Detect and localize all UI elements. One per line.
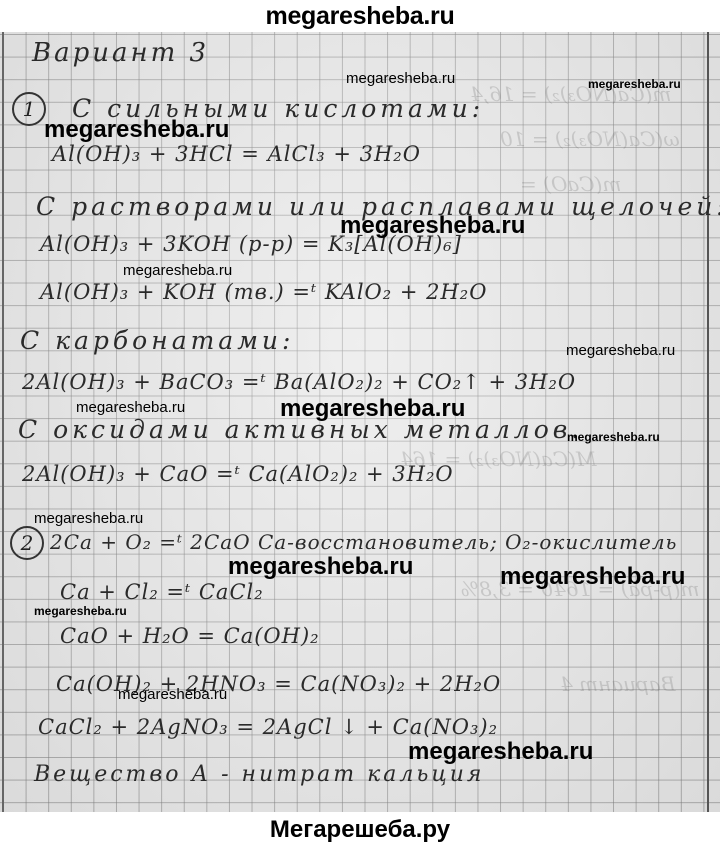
task-number-2: 2: [10, 526, 44, 560]
watermark: megaresheba.ru: [588, 77, 681, 91]
watermark: megaresheba.ru: [346, 70, 455, 87]
equation: CaCl₂ + 2AgNO₃ = 2AgCl ↓ + Ca(NO₃)₂: [38, 715, 498, 739]
equation: Al(OH)₃ + 3HCl = AlCl₃ + 3H₂O: [52, 142, 421, 166]
site-brand-footer: Мегарешеба.ру: [0, 812, 720, 845]
watermark: megaresheba.ru: [228, 553, 413, 581]
watermark: megaresheba.ru: [34, 604, 127, 618]
watermark: megaresheba.ru: [76, 399, 185, 416]
section-heading: С карбонатами:: [20, 326, 294, 355]
watermark: megaresheba.ru: [118, 686, 227, 703]
equation: CaO + H₂O = Ca(OH)₂: [60, 624, 320, 648]
equation: 2Al(OH)₃ + CaO =ᵗ Ca(AlO₂)₂ + 3H₂O: [22, 462, 454, 486]
equation: Ca + Cl₂ =ᵗ CaCl₂: [60, 580, 264, 604]
watermark: megaresheba.ru: [123, 262, 232, 279]
bleed-through-text: ω(Ca(NO₃)₂) = 10: [500, 127, 680, 151]
watermark: megaresheba.ru: [280, 395, 465, 423]
watermark: megaresheba.ru: [44, 116, 229, 144]
notebook-page: m(Ca(NO₃)₂) = 16,4 ω(Ca(NO₃)₂) = 10 m(Ca…: [0, 32, 720, 812]
watermark: megaresheba.ru: [340, 212, 525, 240]
bleed-through-text: Вариант 4: [560, 672, 675, 696]
equation: 2Ca + O₂ =ᵗ 2CaO Ca-восстановитель; O₂-о…: [50, 530, 677, 554]
watermark: megaresheba.ru: [34, 510, 143, 527]
watermark: megaresheba.ru: [408, 738, 593, 766]
task-number-1: 1: [12, 92, 46, 126]
variant-title: Вариант 3: [32, 38, 209, 68]
margin-line: [707, 32, 709, 812]
equation: Al(OH)₃ + KOH (тв.) =ᵗ KAlO₂ + 2H₂O: [40, 280, 487, 304]
equation: 2Al(OH)₃ + BaCO₃ =ᵗ Ba(AlO₂)₂ + CO₂↑ + 3…: [22, 370, 576, 394]
site-watermark-header: megaresheba.ru: [0, 0, 720, 32]
page-left-edge: [2, 32, 4, 812]
watermark: megaresheba.ru: [500, 563, 685, 591]
watermark: megaresheba.ru: [567, 430, 660, 444]
watermark: megaresheba.ru: [566, 342, 675, 359]
